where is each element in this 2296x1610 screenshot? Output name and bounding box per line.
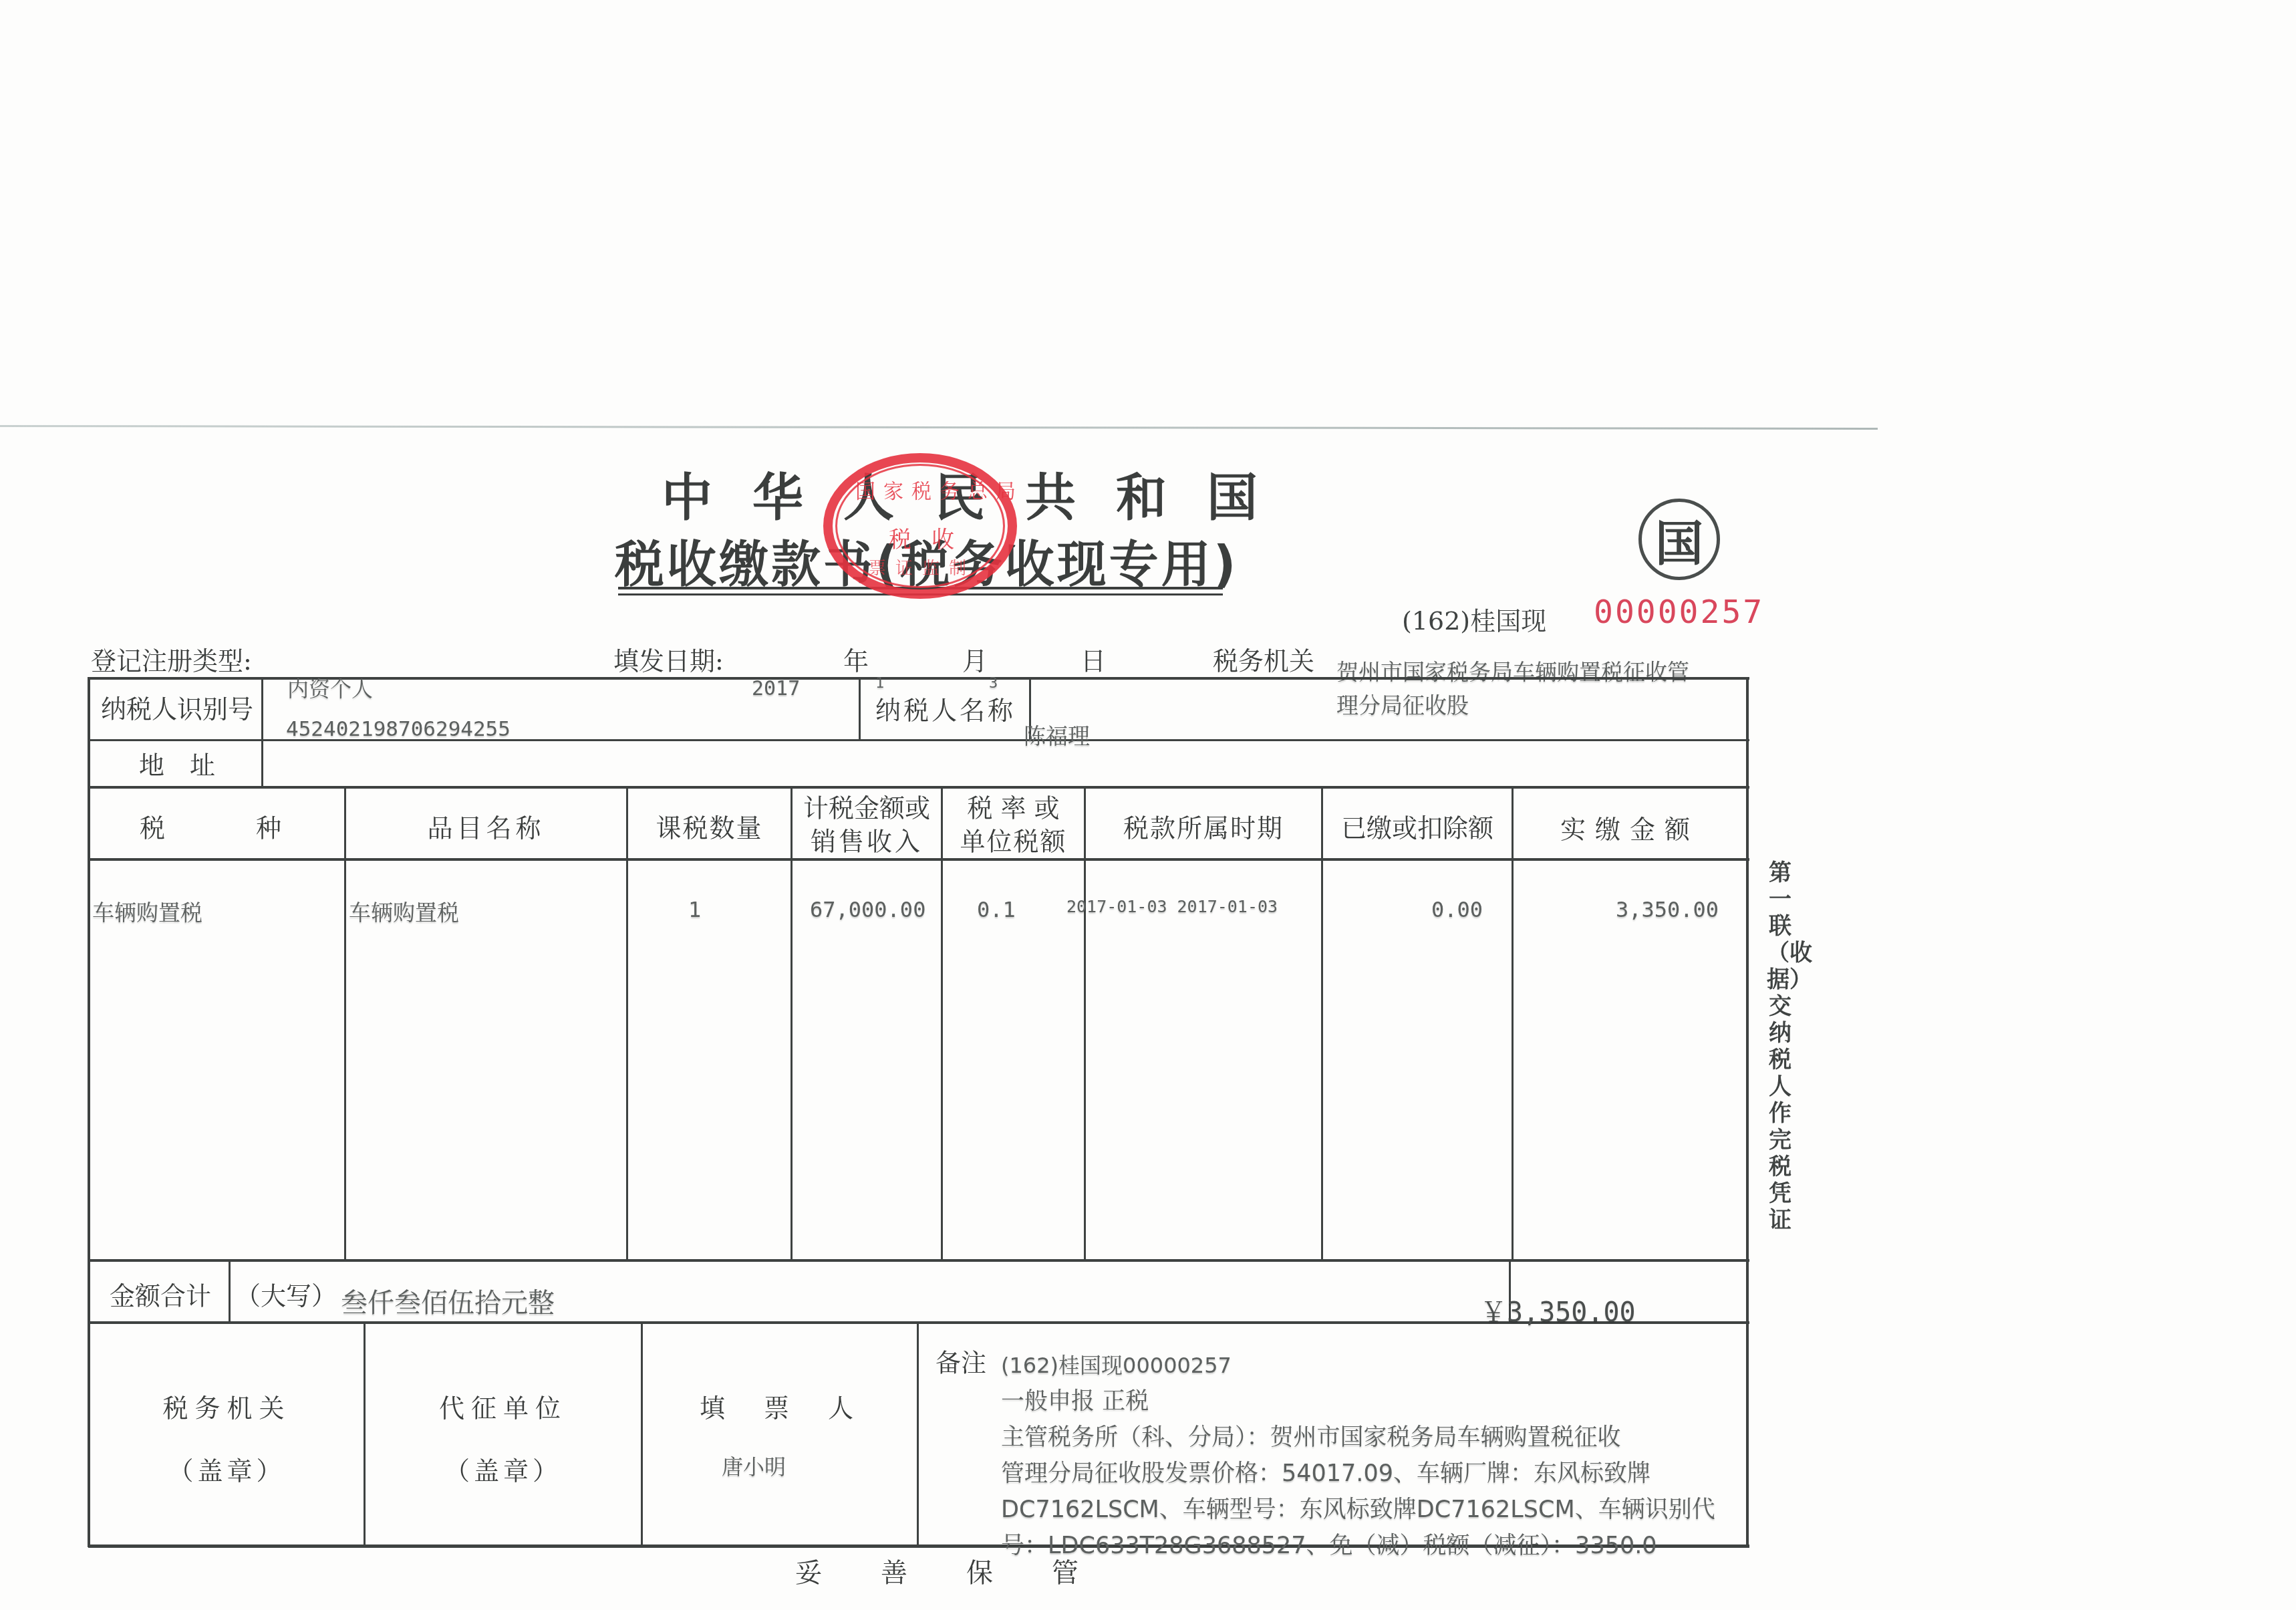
day-label: 日 [1081,640,1106,677]
column-header-taxable-amount-line1: 计税金额或 [793,791,941,825]
table-row-line [88,1259,1749,1262]
table-col-line [641,1323,643,1546]
column-header-taxable-amount-line2: 销售收入 [793,825,941,858]
tax-authority-value-line2: 理分局征收股 [1336,688,1469,720]
serial-number: 00000257 [1594,593,1764,631]
remarks-line: 管理分局征收股发票价格：54017.09、车辆厂牌：东风标致牌 [1001,1456,1651,1492]
remarks-line: 一般申报 正税 [1001,1383,1149,1420]
remarks-line: (162)桂国现00000257 [1001,1347,1232,1383]
issue-date-label: 填发日期: [613,640,724,677]
column-header-item-name: 品目名称 [346,807,626,844]
signature-agent-label: 代征单位 [366,1387,641,1424]
taxpayer-name-label: 纳税人名称 [862,690,1029,726]
row-quantity: 1 [688,897,701,922]
month-label: 月 [962,640,988,677]
total-label: 金额合计 [94,1275,227,1312]
total-uppercase-label: （大写） [235,1275,337,1312]
table-row-line [88,786,1749,789]
serial-prefix: (162)桂国现 [1402,600,1546,637]
address-label: 地 址 [94,745,261,781]
table-col-line [344,787,346,1260]
row-actual-paid: 3,350.00 [1616,897,1719,922]
signature-tax-authority-stamp: （盖章） [90,1450,364,1487]
table-header-line [88,858,1749,861]
column-header-tax-type: 税 种 [90,807,344,844]
table-col-line [1512,787,1514,1260]
remarks-label: 备注 [936,1342,986,1379]
total-uppercase-value: 叁仟叁佰伍拾元整 [341,1282,555,1320]
seal-bottom-text: 票证监制 [869,555,976,579]
column-header-rate: 税 率 或 单位税额 [943,791,1084,858]
taxpayer-id-label: 纳税人识别号 [94,688,261,725]
copy-side-note: 第一联（收据）交纳税人作完税凭证 [1767,859,1793,1234]
table-col-line [229,1260,231,1323]
signature-filler-name: 唐小明 [722,1450,786,1481]
table-col-line [1084,787,1086,1260]
row-tax-type: 车辆购置税 [92,896,202,927]
remarks-line: DC7162LSCM、车辆型号：东风标致牌DC7162LSCM、车辆识别代 [1001,1492,1715,1528]
column-header-actual-paid: 实缴金额 [1514,809,1746,845]
issue-year-value: 2017 [752,677,800,700]
row-item-name: 车辆购置税 [349,896,459,927]
paper-fold-line [0,425,1878,430]
footer-keep-safe: 妥善保管 [795,1552,1137,1590]
total-amount: ￥3,350.00 [1480,1291,1636,1329]
row-rate: 0.1 [977,897,1016,922]
guo-mark-text: 国 [1655,505,1703,574]
row-taxable-amount: 67,000.00 [810,897,925,922]
guo-circle-icon: 国 [1638,499,1720,580]
year-label: 年 [843,640,869,677]
taxpayer-name-value: 陈福理 [1024,719,1090,751]
seal-top-text: 国家税务总局 [855,475,1024,504]
column-header-rate-line1: 税 率 或 [943,791,1084,825]
table-col-line [261,677,263,787]
signature-filler-label: 填 票 人 [643,1387,917,1424]
table-col-line [626,787,628,1260]
tax-authority-value-line1: 贺州市国家税务局车辆购置税征收管 [1336,655,1689,686]
column-header-quantity: 课税数量 [628,807,791,844]
column-header-rate-line2: 单位税额 [943,825,1084,858]
column-header-taxable-amount: 计税金额或 销售收入 [793,791,941,858]
table-col-line [917,1323,919,1546]
table-col-line [364,1323,366,1546]
signature-tax-authority-label: 税务机关 [90,1387,364,1424]
registration-type-value: 内资个人 [287,672,373,703]
taxpayer-id-value: 452402198706294255 [286,717,511,741]
row-paid-deducted: 0.00 [1431,897,1483,922]
column-header-paid-deducted: 已缴或扣除额 [1323,807,1512,844]
table-col-line [859,677,861,741]
remarks-line: 主管税务所（科、分局）：贺州市国家税务局车辆购置税征收 [1001,1420,1621,1456]
table-col-line [1321,787,1323,1260]
seal-middle-text: 税收 [889,521,974,554]
row-period: 2017-01-03 2017-01-03 [1066,897,1278,916]
signature-agent-stamp: （盖章） [366,1450,641,1487]
tax-authority-label: 税务机关 [1213,640,1314,677]
column-header-period: 税款所属时期 [1086,807,1321,844]
table-border-right [1746,677,1749,1547]
registration-type-label: 登记注册类型: [91,640,252,677]
